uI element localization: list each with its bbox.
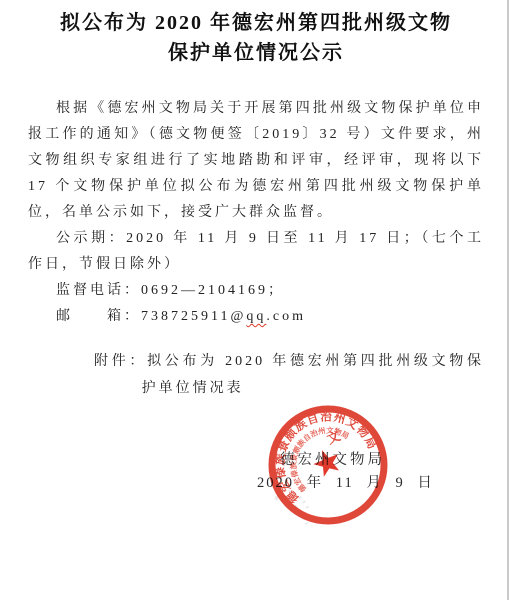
document-page: 拟公布为 2020 年德宏州第四批州级文物 保护单位情况公示 根据《德宏州文物局… [0, 0, 515, 600]
page-right-edge [507, 0, 509, 600]
document-title-line2: 保护单位情况公示 [28, 38, 484, 68]
document-title: 拟公布为 2020 年德宏州第四批州级文物 保护单位情况公示 [28, 8, 484, 68]
seal-center-char: 文 [325, 428, 343, 447]
signature-date: 2020 年 11 月 9 日 [257, 471, 434, 492]
paragraph-basis: 根据《德宏州文物局关于开展第四批州级文物保护单位申报工作的通知》（德文物便签〔2… [28, 96, 484, 226]
attachment-text: 拟公布为 2020 年德宏州第四批州级文物保护单位情况表 [142, 354, 484, 396]
signature-block: 德宏州文物局 2020 年 11 月 9 日 德宏傣族景颇族自治州文物局 [0, 402, 515, 600]
attachment-label: 附件： [94, 354, 147, 369]
email-label: 邮 箱： [56, 309, 141, 324]
document-title-line1: 拟公布为 2020 年德宏州第四批州级文物 [28, 8, 484, 38]
email-tld: .com [266, 309, 306, 324]
paragraph-notice-period: 公示期：2020 年 11 月 9 日至 11 月 17 日；（七个工作日，节假… [28, 226, 484, 278]
attachment-line: 附件：拟公布为 2020 年德宏州第四批州级文物保护单位情况表 [94, 348, 484, 402]
issuer-name: 德宏州文物局 [280, 448, 385, 469]
seal-ghost-artifact [275, 490, 309, 524]
email-user: 738725911@ [141, 309, 246, 324]
paragraph-phone: 监督电话：0692—2104169； [28, 278, 484, 304]
document-content: 拟公布为 2020 年德宏州第四批州级文物 保护单位情况公示 根据《德宏州文物局… [0, 0, 515, 402]
document-body: 根据《德宏州文物局关于开展第四批州级文物保护单位申报工作的通知》（德文物便签〔2… [28, 96, 484, 402]
paragraph-email: 邮 箱：738725911@qq.com [28, 304, 484, 330]
email-domain-spellcheck: qq [246, 309, 266, 324]
